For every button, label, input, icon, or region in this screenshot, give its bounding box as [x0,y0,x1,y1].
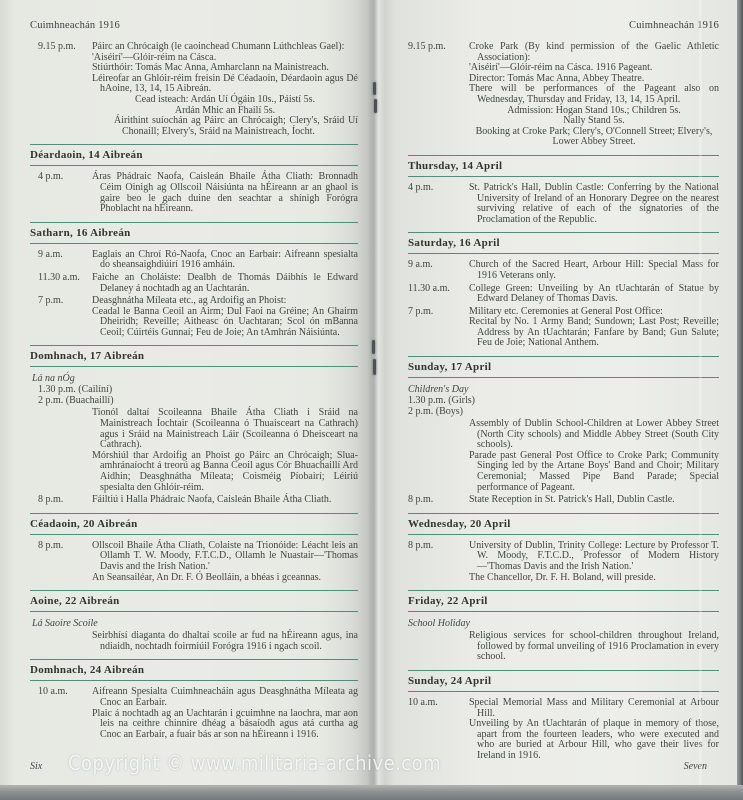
event-time: 10 a.m. [30,687,92,740]
event-time: 8 p.m. [30,541,92,583]
event-time: 9 a.m. [30,250,92,271]
time-line: 2 p.m. (Buachaillí) [30,395,358,406]
event-time: 8 p.m. [30,495,92,506]
event-paragraph: Ceadal le Banna Ceoil an Airm; Dul Faoi … [92,307,358,339]
event-time: 8 p.m. [408,495,469,506]
time-line: 1.30 p.m. (Cailíní) [30,384,358,395]
event-body: Eaglais an Chroí Ró-Naofa, Cnoc an Earba… [92,250,358,271]
event-time: 4 p.m. [408,183,469,225]
section-header: Satharn, 16 Aibreán [30,222,358,244]
event-body: Seirbhísí diaganta do dhaltaí scoile ar … [92,631,358,652]
event-paragraph: Mórshiúl thar Ardoifig an Phoist go Páir… [92,451,358,493]
event-paragraph: Faiche an Choláiste: Dealbh de Thomás Dá… [92,273,358,294]
event-time: 9.15 p.m. [408,42,469,148]
page-crease [699,0,702,800]
event-paragraph: Seirbhísí diaganta do dhaltaí scoile ar … [92,631,358,652]
event-row: 11.30 a.m.Faiche an Choláiste: Dealbh de… [30,273,358,294]
event-paragraph: There will be performances of the Pagean… [469,84,719,105]
event-paragraph: St. Patrick's Hall, Dublin Castle: Confe… [469,183,719,225]
day-note: Lá na nÓg [30,373,358,384]
event-paragraph: The Chancellor, Dr. F. H. Boland, will p… [469,573,719,584]
left-page: Cuimhneachán 1916 9.15 p.m.Páirc an Chró… [0,0,372,800]
event-paragraph: Páirc an Chrócaigh (le caoinchead Chuman… [92,42,358,53]
event-paragraph: College Green: Unveiling by An tUachtará… [469,284,719,305]
left-page-inner: Cuimhneachán 1916 9.15 p.m.Páirc an Chró… [0,0,372,800]
event-paragraph: Tionól daltaí Scoileanna Bhaile Átha Cli… [92,408,358,450]
day-note: School Holiday [408,618,719,629]
event-body: Special Memorial Mass and Military Cerem… [469,698,719,762]
event-paragraph: Áirithint suíochán ag Páirc an Chrócaigh… [114,116,358,137]
section-header: Sunday, 17 April [408,356,719,378]
section-header: Friday, 22 April [408,590,719,612]
event-row: 9.15 p.m.Croke Park (By kind permission … [408,42,719,148]
right-page-header: Cuimhneachán 1916 [408,20,719,31]
staple-middle-icon [372,340,375,354]
event-body: Ollscoil Bhaile Átha Cliath, Colaiste na… [92,541,358,583]
event-row: 7 p.m.Deasghnátha Míleata etc., ag Ardoi… [30,296,358,338]
event-paragraph: Aifreann Spesialta Cuimhneacháin agus De… [92,687,358,708]
event-paragraph: Assembly of Dublin School-Children at Lo… [469,419,719,451]
event-body: St. Patrick's Hall, Dublin Castle: Confe… [469,183,719,225]
time-line: 1.30 p.m. (Girls) [408,395,719,406]
event-row: Religious services for school-children t… [408,631,719,663]
section-header: Wednesday, 20 April [408,513,719,535]
event-body: Deasghnátha Míleata etc., ag Ardoifig an… [92,296,358,338]
event-row: 4 p.m.St. Patrick's Hall, Dublin Castle:… [408,183,719,225]
staple-top-icon [374,99,377,113]
section-header: Céadaoin, 20 Aibreán [30,513,358,535]
event-body: Áras Phádraic Naofa, Caisleán Bhaile Áth… [92,172,358,214]
event-row: Assembly of Dublin School-Children at Lo… [408,419,719,493]
day-note: Lá Saoire Scoile [30,618,358,629]
event-row: 8 p.m.State Reception in St. Patrick's H… [408,495,719,506]
event-body: Aifreann Spesialta Cuimhneacháin agus De… [92,687,358,740]
section-header: Thursday, 14 April [408,155,719,177]
event-row: 9 a.m.Eaglais an Chroí Ró-Naofa, Cnoc an… [30,250,358,271]
event-body: Church of the Sacred Heart, Arbour Hill:… [469,260,719,281]
event-time: 4 p.m. [30,172,92,214]
right-page-inner: Cuimhneachán 1916 9.15 p.m.Croke Park (B… [372,0,737,800]
section-header: Aoine, 22 Aibreán [30,590,358,612]
section-header: Sunday, 24 April [408,670,719,692]
time-line: 2 p.m. (Boys) [408,406,719,417]
event-row: 11.30 a.m.College Green: Unveiling by An… [408,284,719,305]
right-page-content: 9.15 p.m.Croke Park (By kind permission … [408,42,719,762]
event-paragraph: Croke Park (By kind permission of the Ga… [469,42,719,63]
event-paragraph: Booking at Croke Park; Clery's, O'Connel… [469,127,719,148]
event-paragraph: Church of the Sacred Heart, Arbour Hill:… [469,260,719,281]
day-note: Children's Day [408,384,719,395]
event-row: Seirbhísí diaganta do dhaltaí scoile ar … [30,631,358,652]
event-paragraph: Unveiling by An tUachtarán of plaque in … [469,719,719,761]
event-paragraph: Special Memorial Mass and Military Cerem… [469,698,719,719]
staple-top-icon [373,82,376,95]
event-paragraph: Cead isteach: Ardán Uí Ógáin 10s., Páist… [92,95,358,106]
event-paragraph: State Reception in St. Patrick's Hall, D… [469,495,719,506]
event-row: 10 a.m.Aifreann Spesialta Cuimhneacháin … [30,687,358,740]
event-paragraph: An Seansailéar, An Dr. F. Ó Beolláin, a … [92,573,358,584]
left-page-header: Cuimhneachán 1916 [30,20,358,31]
event-body: Fáiltiú i Halla Phádraic Naofa, Caisleán… [92,495,358,506]
section-header: Saturday, 16 April [408,232,719,254]
left-page-number: Six [30,761,42,772]
left-page-content: 9.15 p.m.Páirc an Chrócaigh (le caoinche… [30,42,358,740]
event-body: College Green: Unveiling by An tUachtará… [469,284,719,305]
right-page-number: Seven [684,761,707,772]
event-row: Tionól daltaí Scoileanna Bhaile Átha Cli… [30,408,358,493]
event-paragraph: Religious services for school-children t… [469,631,719,663]
event-row: 8 p.m.Fáiltiú i Halla Phádraic Naofa, Ca… [30,495,358,506]
section-header: Domhnach, 17 Aibreán [30,345,358,367]
event-row: 7 p.m.Military etc. Ceremonies at Genera… [408,307,719,349]
event-row: 9.15 p.m.Páirc an Chrócaigh (le caoinche… [30,42,358,137]
event-time [408,631,469,663]
event-body: University of Dublin, Trinity College: L… [469,541,719,583]
event-time: 9 a.m. [408,260,469,281]
event-time: 9.15 p.m. [30,42,92,137]
event-body: Tionól daltaí Scoileanna Bhaile Átha Cli… [92,408,358,493]
event-paragraph: Ollscoil Bhaile Átha Cliath, Colaiste na… [92,541,358,573]
event-paragraph: Léireofar an Ghlóir-réim freisin Dé Céad… [92,74,358,95]
event-time: 8 p.m. [408,541,469,583]
event-body: Religious services for school-children t… [469,631,719,663]
staple-middle-icon [373,359,376,375]
event-time: 11.30 a.m. [408,284,469,305]
event-time: 7 p.m. [30,296,92,338]
scan-right-edge [737,0,743,800]
event-body: Military etc. Ceremonies at General Post… [469,307,719,349]
event-body: Faiche an Choláiste: Dealbh de Thomás Dá… [92,273,358,294]
event-paragraph: Recital by No. 1 Army Band; Sundown; Las… [469,317,719,349]
scan-bottom-edge [0,785,743,800]
event-body: Páirc an Chrócaigh (le caoinchead Chuman… [92,42,358,137]
event-paragraph: Parade past General Post Office to Croke… [469,451,719,493]
event-paragraph: Plaic á nochtadh ag an Uachtarán i gcuim… [92,709,358,741]
event-row: 8 p.m.Ollscoil Bhaile Átha Cliath, Colai… [30,541,358,583]
event-time [408,419,469,493]
event-time [30,631,92,652]
event-body: State Reception in St. Patrick's Hall, D… [469,495,719,506]
section-header: Déardaoin, 14 Aibreán [30,144,358,166]
event-time [30,408,92,493]
event-row: 9 a.m.Church of the Sacred Heart, Arbour… [408,260,719,281]
event-paragraph: Áras Phádraic Naofa, Caisleán Bhaile Áth… [92,172,358,214]
right-page: Cuimhneachán 1916 9.15 p.m.Croke Park (B… [372,0,737,800]
event-time: 11.30 a.m. [30,273,92,294]
event-paragraph: Fáiltiú i Halla Phádraic Naofa, Caisleán… [92,495,358,506]
event-row: 10 a.m.Special Memorial Mass and Militar… [408,698,719,762]
event-body: Assembly of Dublin School-Children at Lo… [469,419,719,493]
event-paragraph: Eaglais an Chroí Ró-Naofa, Cnoc an Earba… [92,250,358,271]
event-row: 8 p.m.University of Dublin, Trinity Coll… [408,541,719,583]
event-paragraph: University of Dublin, Trinity College: L… [469,541,719,573]
section-header: Domhnach, 24 Aibreán [30,659,358,681]
event-body: Croke Park (By kind permission of the Ga… [469,42,719,148]
event-time: 7 p.m. [408,307,469,349]
event-row: 4 p.m.Áras Phádraic Naofa, Caisleán Bhai… [30,172,358,214]
watermark: Copyright © www.militaria-archive.com [68,751,441,775]
